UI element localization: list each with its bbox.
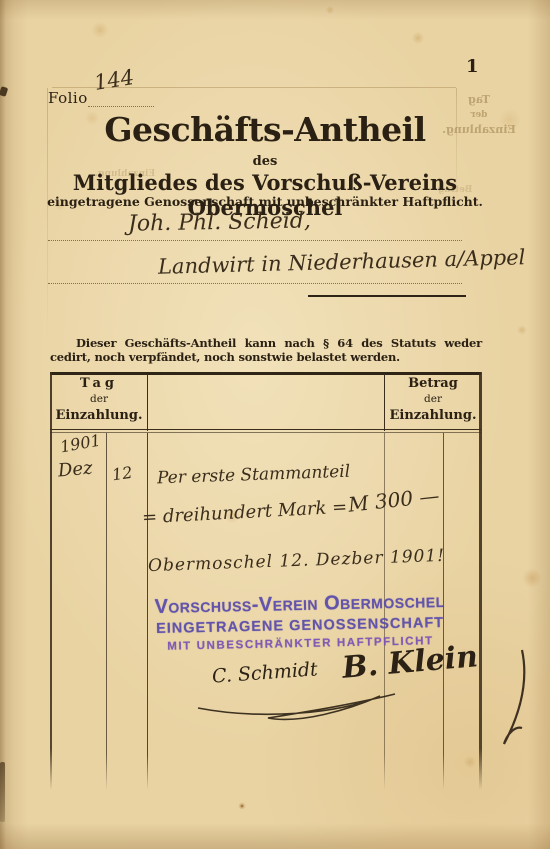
signature-flourish-2 (492, 648, 532, 748)
folio-label: Folio (48, 89, 88, 107)
occupation-underline (308, 295, 466, 297)
holder-occupation: Landwirt in Niederhausen a/Appel (158, 245, 526, 279)
cooperative-stamp: Vorschuss-Verein Obermoschel EINGETRAGEN… (149, 590, 450, 653)
holder-name-line (48, 239, 462, 241)
folio-line (88, 105, 154, 107)
header-bottom-line (50, 429, 481, 430)
betrag-column-header: Betrag der Einzahlung. (385, 376, 481, 423)
binding-edge (0, 762, 5, 822)
entry-amount: M 300 — (347, 483, 440, 516)
entry-month: Dez (57, 458, 93, 482)
signature-flourish-1 (190, 680, 405, 728)
certificate-title: Geschäfts-Antheil (35, 110, 495, 149)
entry-text-1: Per erste Stammanteil (157, 462, 351, 489)
page-number: 1 (466, 56, 479, 77)
header-bottom-line (50, 432, 481, 433)
folio-value: 144 (92, 65, 135, 95)
statute-clause: Dieser Geschäfts-Antheil kann nach § 64 … (50, 336, 482, 364)
table-border-left (50, 372, 52, 790)
stitch-mark (0, 86, 8, 97)
entry-day: 12 (111, 463, 134, 485)
holder-name: Joh. Phl. Scheid, (128, 208, 311, 236)
subtitle-des: des (35, 154, 495, 169)
entry-text-2: = dreihundert Mark = (142, 497, 348, 529)
stamp-line-1: Vorschuss-Verein Obermoschel (149, 590, 449, 619)
table-border-right (479, 372, 482, 790)
holder-occupation-line (48, 282, 462, 284)
column-line (147, 433, 148, 790)
scanned-share-certificate: Tag der Einzahlung. Einzahlung. Betrag 1… (0, 0, 550, 849)
column-line (106, 433, 107, 790)
table-border-top (50, 372, 481, 375)
legal-line: eingetragene Genossenschaft mit unbeschr… (35, 194, 495, 209)
tag-column-header: Tag der Einzahlung. (50, 376, 148, 423)
entry-year: 1901 (59, 431, 102, 457)
entry-place-date: Obermoschel 12. Dezber 1901! (148, 546, 446, 576)
